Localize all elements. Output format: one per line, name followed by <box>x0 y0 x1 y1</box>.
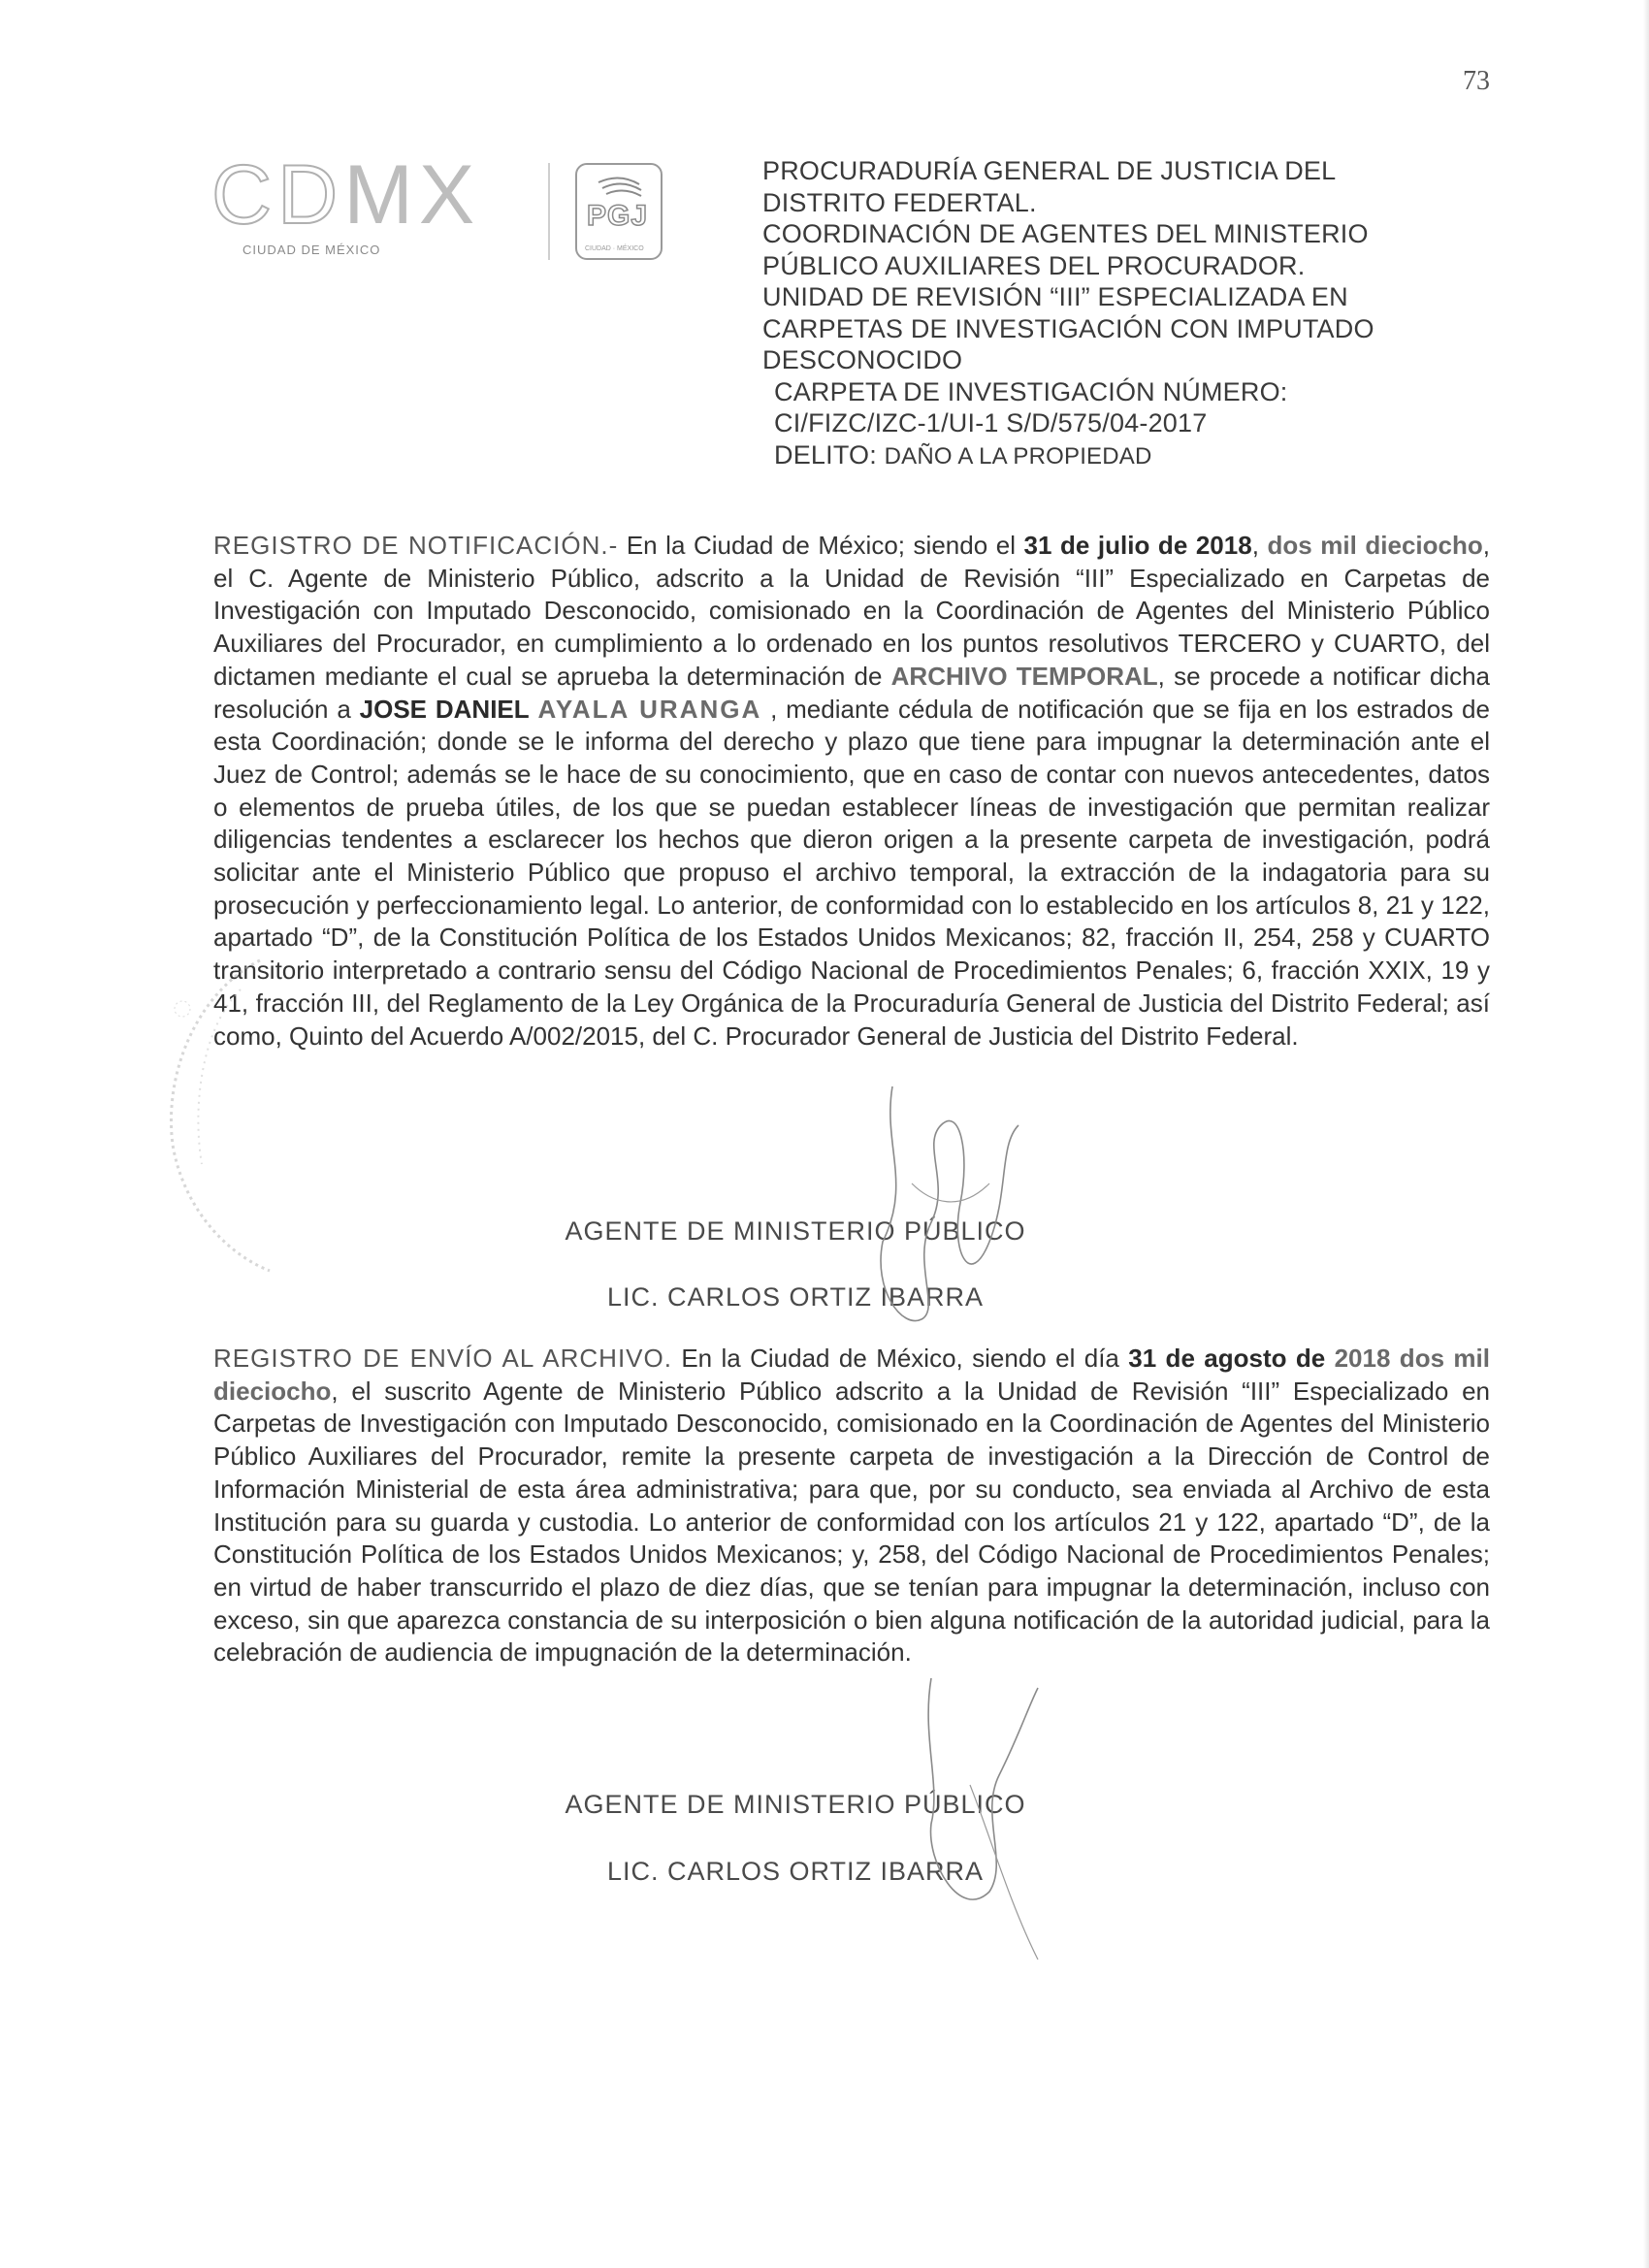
pgj-waves-icon <box>595 175 645 198</box>
logo-divider <box>548 163 550 260</box>
header-line: COORDINACIÓN DE AGENTES DEL MINISTERIO <box>762 218 1500 250</box>
header-line: PÚBLICO AUXILIARES DEL PROCURADOR. <box>762 250 1500 282</box>
notificacion-date: 31 de julio de 2018 <box>1024 531 1252 560</box>
carpeta-label: CARPETA DE INVESTIGACIÓN NÚMERO: <box>762 376 1500 408</box>
header-line: DESCONOCIDO <box>762 344 1500 376</box>
envio-date: 31 de agosto de <box>1128 1344 1325 1373</box>
notified-person-last: AYALA URANGA <box>537 695 761 724</box>
header-line: PROCURADURÍA GENERAL DE JUSTICIA DEL <box>762 155 1500 187</box>
signature-2-title: AGENTE DE MINISTERIO PÚBLICO <box>0 1790 1649 1820</box>
page-number: 73 <box>1463 66 1490 97</box>
faded-official-seal-icon <box>144 951 279 1280</box>
handwritten-signature-1-icon <box>854 1067 1048 1358</box>
signature-1-name: LIC. CARLOS ORTIZ IBARRA <box>0 1282 1649 1312</box>
handwritten-signature-2-icon <box>902 1669 1057 1979</box>
cdmx-wordmark: CDMX <box>211 153 480 237</box>
archivo-temporal: ARCHIVO TEMPORAL <box>891 662 1158 691</box>
header-line: CARPETAS DE INVESTIGACIÓN CON IMPUTADO <box>762 313 1500 345</box>
envio-heading: REGISTRO DE ENVÍO AL ARCHIVO. <box>213 1344 672 1373</box>
pgj-subtitle: CIUDAD · MÉXICO <box>585 245 644 252</box>
header-line: DISTRITO FEDERTAL. <box>762 187 1500 219</box>
notified-person-first: JOSE DANIEL <box>360 695 530 724</box>
delito-line: DELITO: DAÑO A LA PROPIEDAD <box>762 439 1500 473</box>
pgj-badge-icon: PGJ CIUDAD · MÉXICO <box>575 163 663 260</box>
delito-label: DELITO: <box>774 440 877 470</box>
signature-2-name: LIC. CARLOS ORTIZ IBARRA <box>0 1857 1649 1887</box>
header-line: UNIDAD DE REVISIÓN “III” ESPECIALIZADA E… <box>762 281 1500 313</box>
cdmx-subtitle: CIUDAD DE MÉXICO <box>242 243 380 257</box>
notificacion-heading: REGISTRO DE NOTIFICACIÓN.- <box>213 531 618 560</box>
pgj-text: PGJ <box>587 200 648 233</box>
registro-notificacion-paragraph: REGISTRO DE NOTIFICACIÓN.- En la Ciudad … <box>213 530 1490 1053</box>
carpeta-number: CI/FIZC/IZC-1/UI-1 S/D/575/04-2017 <box>762 407 1500 439</box>
scan-page-edge <box>1643 0 1649 2268</box>
registro-envio-paragraph: REGISTRO DE ENVÍO AL ARCHIVO. En la Ciud… <box>213 1343 1490 1669</box>
cdmx-pgj-logo: CDMX CIUDAD DE MÉXICO PGJ CIUDAD · MÉXIC… <box>211 153 716 260</box>
document-header: PROCURADURÍA GENERAL DE JUSTICIA DEL DIS… <box>762 155 1500 472</box>
delito-value: DAÑO A LA PROPIEDAD <box>885 443 1152 470</box>
notificacion-date-words: dos mil dieciocho <box>1267 531 1482 560</box>
